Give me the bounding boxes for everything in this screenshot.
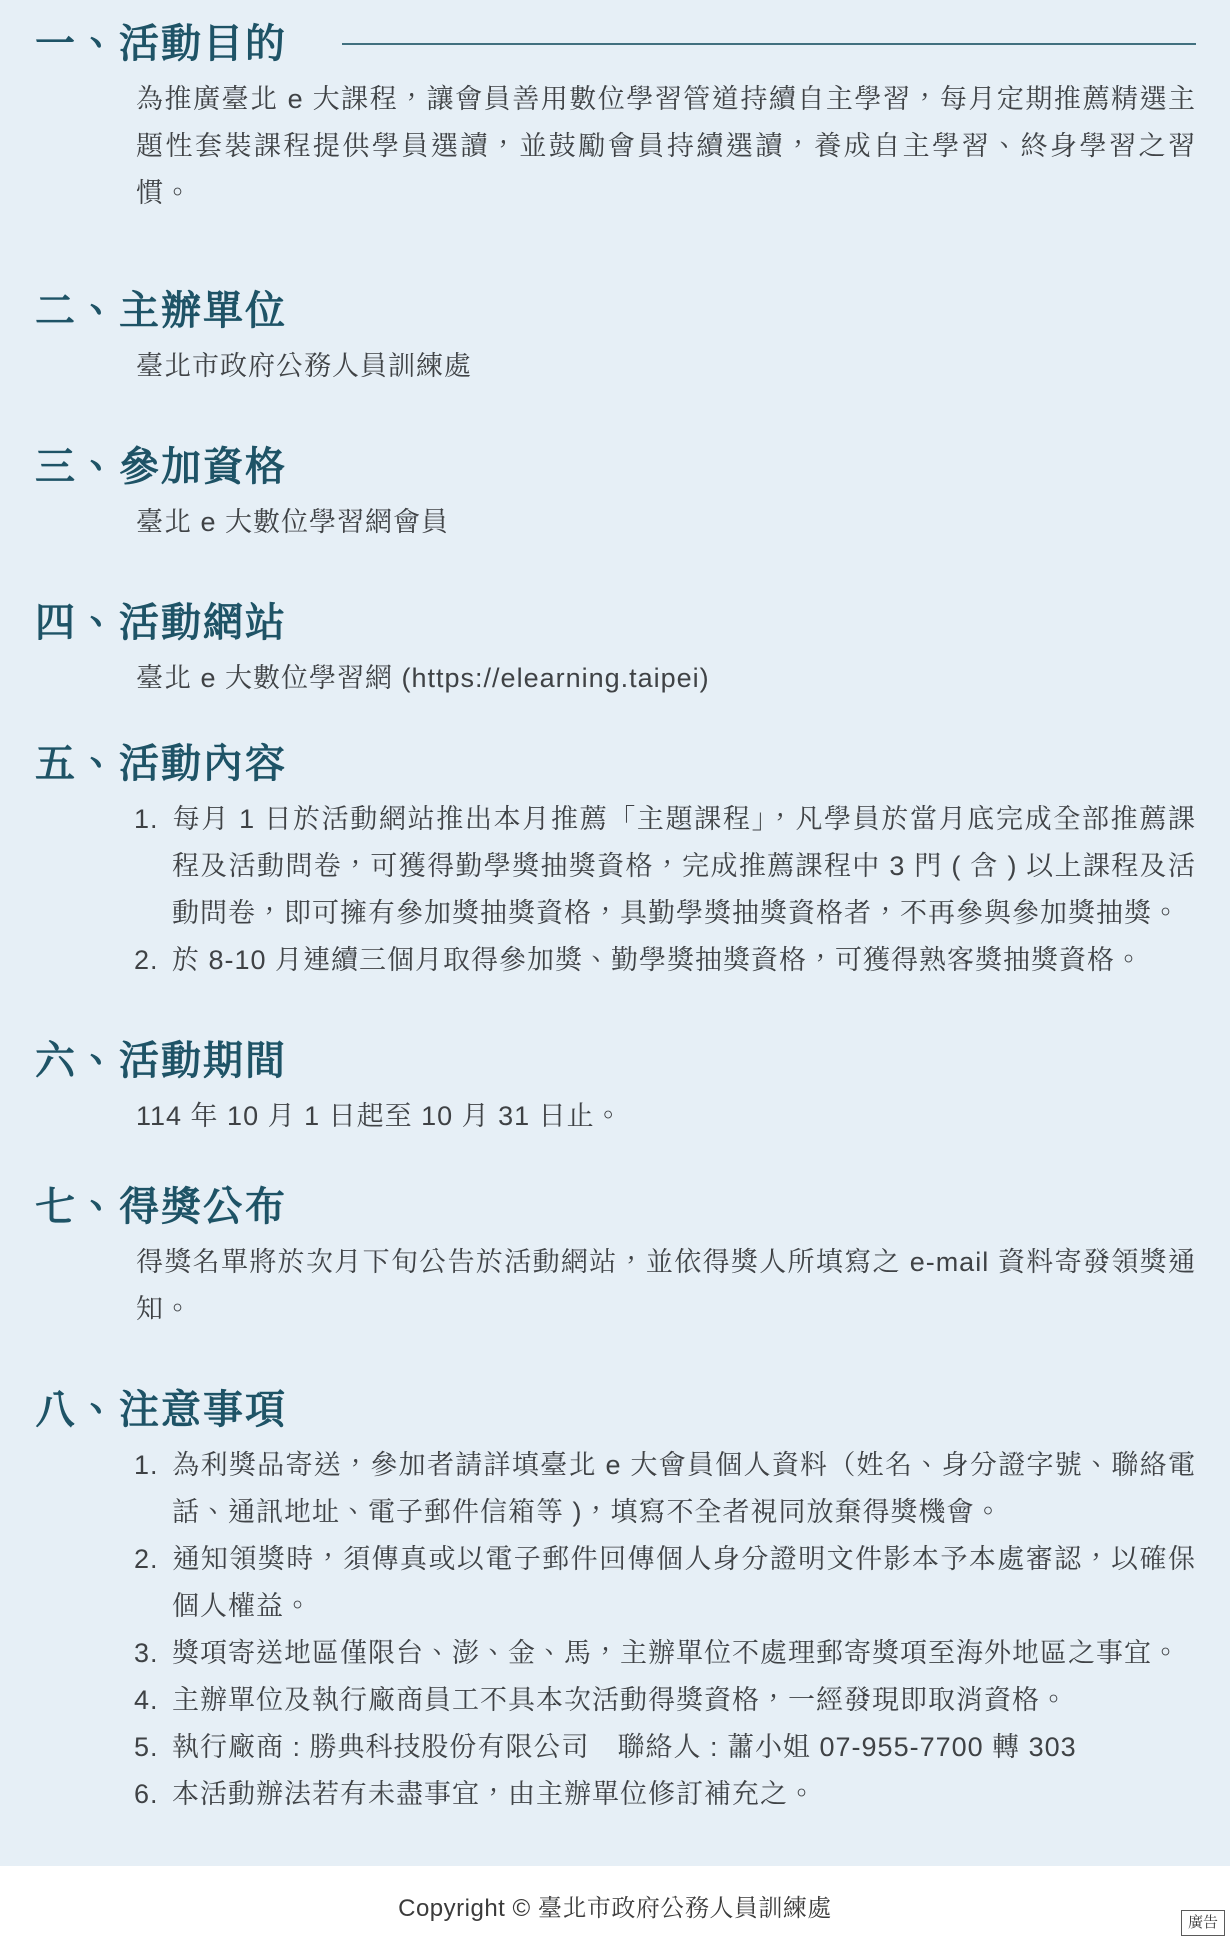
list-item-text: 主辦單位及執行廠商員工不具本次活動得獎資格，一經發現即取消資格。 bbox=[172, 1685, 1068, 1715]
paragraph: 得獎名單將於次月下旬公告於活動網站，並依得獎人所填寫之 e-mail 資料寄發領… bbox=[136, 1239, 1196, 1333]
numbered-list: 1.為利獎品寄送，參加者請詳填臺北 e 大會員個人資料（姓名、身分證字號、聯絡電… bbox=[134, 1442, 1196, 1818]
section-heading: 六、活動期間 bbox=[35, 1039, 287, 1083]
list-item: 4.主辦單位及執行廠商員工不具本次活動得獎資格，一經發現即取消資格。 bbox=[134, 1677, 1196, 1724]
section-heading: 五、活動內容 bbox=[35, 742, 287, 786]
announcement-page: 一、活動目的 為推廣臺北 e 大課程，讓會員善用數位學習管道持續自主學習，每月定… bbox=[0, 0, 1230, 1866]
list-item-number: 6. bbox=[134, 1771, 172, 1818]
section-heading-row: 七、得獎公布 bbox=[35, 1185, 1196, 1229]
list-item: 2.通知領獎時，須傳真或以電子郵件回傳個人身分證明文件影本予本處審認，以確保個人… bbox=[134, 1536, 1196, 1630]
paragraph: 114 年 10 月 1 日起至 10 月 31 日止。 bbox=[136, 1093, 1196, 1140]
section-activity-period: 六、活動期間 114 年 10 月 1 日起至 10 月 31 日止。 bbox=[35, 1039, 1196, 1140]
section-heading-row: 三、參加資格 bbox=[35, 445, 1196, 489]
list-item-number: 5. bbox=[134, 1724, 172, 1771]
section-heading-row: 二、主辦單位 bbox=[35, 289, 1196, 333]
list-item-number: 2. bbox=[134, 1536, 172, 1583]
list-item-number: 3. bbox=[134, 1630, 172, 1677]
list-item-text: 本活動辦法若有未盡事宜，由主辦單位修訂補充之。 bbox=[172, 1779, 816, 1809]
section-heading: 三、參加資格 bbox=[35, 445, 287, 489]
list-item-text: 通知領獎時，須傳真或以電子郵件回傳個人身分證明文件影本予本處審認，以確保個人權益… bbox=[172, 1544, 1196, 1621]
section-winner-announcement: 七、得獎公布 得獎名單將於次月下旬公告於活動網站，並依得獎人所填寫之 e-mai… bbox=[35, 1185, 1196, 1333]
section-heading-row: 一、活動目的 bbox=[35, 22, 1196, 66]
section-heading: 二、主辦單位 bbox=[35, 289, 287, 333]
list-item-text: 為利獎品寄送，參加者請詳填臺北 e 大會員個人資料（姓名、身分證字號、聯絡電話、… bbox=[172, 1450, 1196, 1527]
list-item: 5.執行廠商 : 勝典科技股份有限公司 聯絡人 : 蕭小姐 07-955-770… bbox=[134, 1724, 1196, 1771]
list-item-text: 執行廠商 : 勝典科技股份有限公司 聯絡人 : 蕭小姐 07-955-7700 … bbox=[172, 1732, 1077, 1762]
copyright-text: Copyright © 臺北市政府公務人員訓練處 bbox=[398, 1888, 832, 1923]
section-heading: 一、活動目的 bbox=[35, 22, 287, 66]
section-heading-row: 八、注意事項 bbox=[35, 1388, 1196, 1432]
section-activity-purpose: 一、活動目的 為推廣臺北 e 大課程，讓會員善用數位學習管道持續自主學習，每月定… bbox=[35, 22, 1196, 217]
section-heading: 七、得獎公布 bbox=[35, 1185, 287, 1229]
section-eligibility: 三、參加資格 臺北 e 大數位學習網會員 bbox=[35, 445, 1196, 546]
list-item-number: 4. bbox=[134, 1677, 172, 1724]
section-organizer: 二、主辦單位 臺北市政府公務人員訓練處 bbox=[35, 289, 1196, 390]
section-notes: 八、注意事項 1.為利獎品寄送，參加者請詳填臺北 e 大會員個人資料（姓名、身分… bbox=[35, 1388, 1196, 1818]
list-item-text: 獎項寄送地區僅限台、澎、金、馬，主辦單位不處理郵寄獎項至海外地區之事宜。 bbox=[172, 1638, 1180, 1668]
ad-badge[interactable]: 廣告 bbox=[1181, 1910, 1225, 1936]
list-item-text: 於 8-10 月連續三個月取得參加獎、勤學獎抽獎資格，可獲得熟客獎抽獎資格。 bbox=[172, 945, 1143, 975]
list-item: 3.獎項寄送地區僅限台、澎、金、馬，主辦單位不處理郵寄獎項至海外地區之事宜。 bbox=[134, 1630, 1196, 1677]
paragraph-website-url: 臺北 e 大數位學習網 (https://elearning.taipei) bbox=[136, 655, 1196, 702]
section-heading-row: 五、活動內容 bbox=[35, 742, 1196, 786]
numbered-list: 1.每月 1 日於活動網站推出本月推薦「主題課程」，凡學員於當月底完成全部推薦課… bbox=[134, 796, 1196, 984]
paragraph: 臺北市政府公務人員訓練處 bbox=[136, 343, 1196, 390]
list-item: 6.本活動辦法若有未盡事宜，由主辦單位修訂補充之。 bbox=[134, 1771, 1196, 1818]
list-item: 1.每月 1 日於活動網站推出本月推薦「主題課程」，凡學員於當月底完成全部推薦課… bbox=[134, 796, 1196, 937]
heading-rule bbox=[342, 43, 1196, 45]
section-heading: 八、注意事項 bbox=[35, 1388, 287, 1432]
section-heading: 四、活動網站 bbox=[35, 601, 287, 645]
section-activity-content: 五、活動內容 1.每月 1 日於活動網站推出本月推薦「主題課程」，凡學員於當月底… bbox=[35, 742, 1196, 984]
list-item: 1.為利獎品寄送，參加者請詳填臺北 e 大會員個人資料（姓名、身分證字號、聯絡電… bbox=[134, 1442, 1196, 1536]
list-item: 2.於 8-10 月連續三個月取得參加獎、勤學獎抽獎資格，可獲得熟客獎抽獎資格。 bbox=[134, 937, 1196, 984]
list-item-number: 1. bbox=[134, 796, 172, 843]
list-item-text: 每月 1 日於活動網站推出本月推薦「主題課程」，凡學員於當月底完成全部推薦課程及… bbox=[172, 804, 1196, 928]
paragraph: 為推廣臺北 e 大課程，讓會員善用數位學習管道持續自主學習，每月定期推薦精選主題… bbox=[136, 76, 1196, 217]
section-heading-row: 六、活動期間 bbox=[35, 1039, 1196, 1083]
paragraph: 臺北 e 大數位學習網會員 bbox=[136, 499, 1196, 546]
list-item-number: 1. bbox=[134, 1442, 172, 1489]
list-item-number: 2. bbox=[134, 937, 172, 984]
section-activity-website: 四、活動網站 臺北 e 大數位學習網 (https://elearning.ta… bbox=[35, 601, 1196, 702]
page-footer: Copyright © 臺北市政府公務人員訓練處 廣告 bbox=[0, 1866, 1230, 1945]
section-heading-row: 四、活動網站 bbox=[35, 601, 1196, 645]
